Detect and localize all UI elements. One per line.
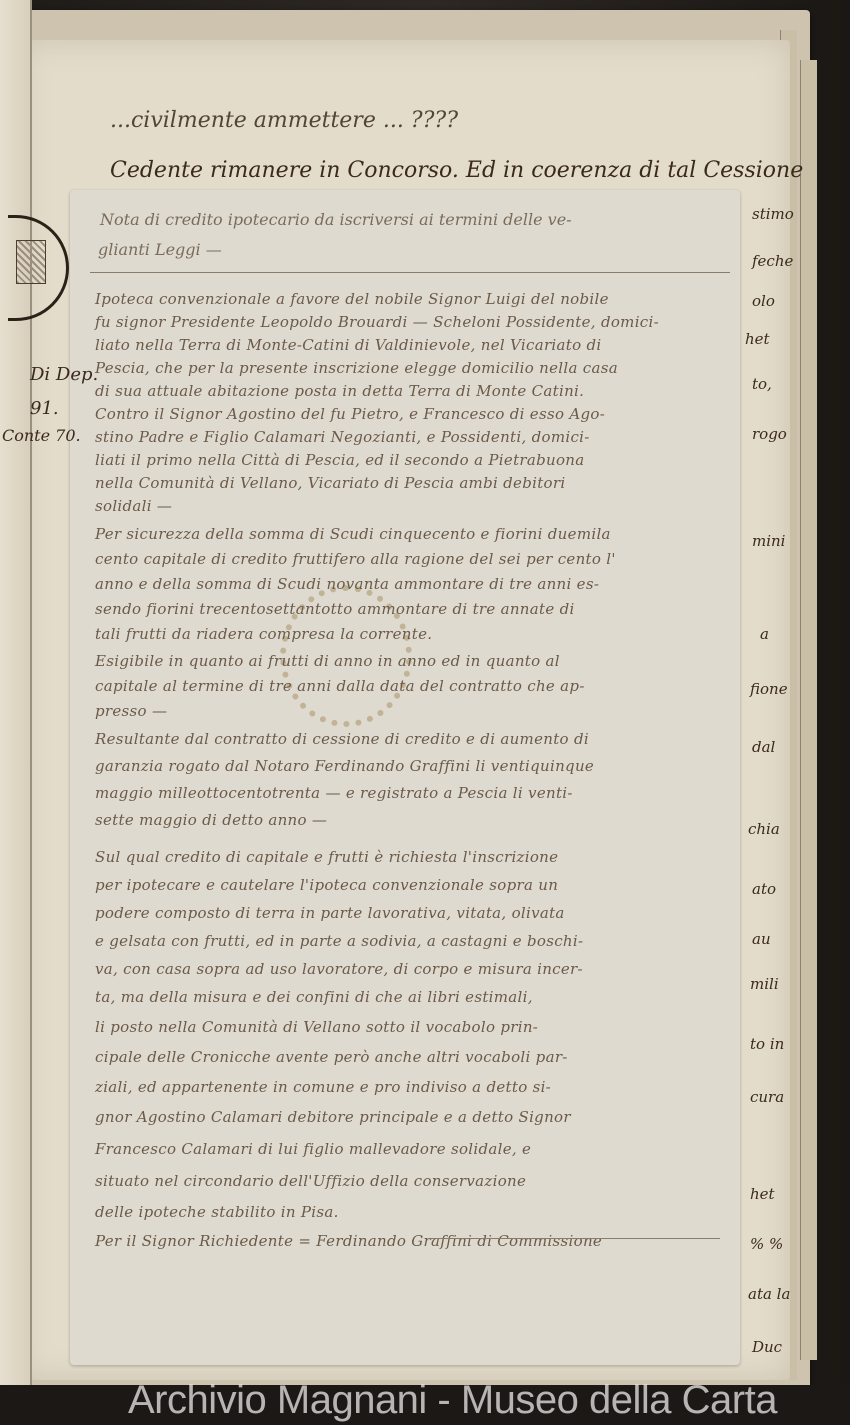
margin-fragment: fione	[750, 680, 788, 698]
body-line: Ipoteca convenzionale a favore del nobil…	[95, 290, 609, 308]
margin-fragment: mili	[750, 975, 779, 993]
body-line: sette maggio di detto anno —	[95, 811, 327, 829]
body-line: di sua attuale abitazione posta in detta…	[95, 382, 584, 400]
body-line: Esigibile in quanto ai frutti di anno in…	[95, 652, 560, 670]
body-line: cipale delle Cronicche avente però anche…	[95, 1048, 568, 1066]
body-line: anno e della somma di Scudi novanta ammo…	[95, 575, 599, 593]
body-line: situato nel circondario dell'Uffizio del…	[95, 1172, 526, 1190]
margin-fragment: ato	[752, 880, 776, 898]
margin-fragment: Duc	[752, 1338, 782, 1356]
margin-note: Conte 70.	[2, 426, 81, 445]
body-line: tali frutti da riadera compresa la corre…	[95, 625, 432, 643]
body-line: liato nella Terra di Monte-Catini di Val…	[95, 336, 602, 354]
margin-fragment: olo	[752, 292, 775, 310]
divider-rule	[90, 272, 730, 273]
body-line: Pescia, che per la presente inscrizione …	[95, 359, 618, 377]
page-edge	[800, 60, 817, 1360]
body-line: presso —	[95, 702, 167, 720]
body-line: podere composto di terra in parte lavora…	[95, 904, 565, 922]
body-line: fu signor Presidente Leopoldo Brouardi —…	[95, 313, 659, 331]
body-line: capitale al termine di tre anni dalla da…	[95, 677, 585, 695]
body-line: maggio milleottocentotrenta — e registra…	[95, 784, 573, 802]
body-line: ziali, ed appartenente in comune e pro i…	[95, 1078, 551, 1096]
body-line: Francesco Calamari di lui figlio malleva…	[95, 1140, 531, 1158]
body-line: Sul qual credito di capitale e frutti è …	[95, 848, 558, 866]
body-line: Per sicurezza della somma di Scudi cinqu…	[95, 525, 611, 543]
body-line: li posto nella Comunità di Vellano sotto…	[95, 1018, 538, 1036]
margin-fragment: ata la	[748, 1285, 790, 1303]
margin-fragment: mini	[752, 532, 785, 550]
margin-fragment: stimo	[752, 205, 794, 223]
margin-fragment: to in	[750, 1035, 784, 1053]
body-line: liati il primo nella Città di Pescia, ed…	[95, 451, 585, 469]
body-line: nella Comunità di Vellano, Vicariato di …	[95, 474, 565, 492]
margin-fragment: dal	[752, 738, 775, 756]
stamp-emblem-icon	[16, 240, 46, 284]
body-line: delle ipoteche stabilito in Pisa.	[95, 1203, 339, 1221]
margin-fragment: cura	[750, 1088, 784, 1106]
body-line: gnor Agostino Calamari debitore principa…	[95, 1108, 571, 1126]
body-line: per ipotecare e cautelare l'ipoteca conv…	[95, 876, 558, 894]
margin-note: Di Dep.	[30, 364, 98, 385]
margin-fragment: het	[745, 330, 770, 348]
body-line: cento capitale di credito fruttifero all…	[95, 550, 616, 568]
note-heading-line: glianti Leggi —	[98, 240, 222, 259]
body-line: garanzia rogato dal Notaro Ferdinando Gr…	[95, 757, 594, 775]
margin-fragment: het	[750, 1185, 775, 1203]
margin-note: 91.	[30, 398, 59, 419]
body-line: sendo fiorini trecentosettantotto ammont…	[95, 600, 575, 618]
header-line: Cedente rimanere in Concorso. Ed in coer…	[110, 158, 803, 183]
body-line: Contro il Signor Agostino del fu Pietro,…	[95, 405, 605, 423]
margin-fragment: a	[760, 625, 769, 643]
margin-fragment: % %	[750, 1235, 783, 1253]
body-line: Per il Signor Richiedente = Ferdinando G…	[95, 1232, 602, 1250]
note-heading-line: Nota di credito ipotecario da iscriversi…	[100, 210, 572, 229]
body-line: stino Padre e Figlio Calamari Negozianti…	[95, 428, 590, 446]
body-line: e gelsata con frutti, ed in parte a sodi…	[95, 932, 583, 950]
margin-fragment: feche	[752, 252, 793, 270]
archive-watermark: Archivio Magnani - Museo della Carta	[128, 1378, 777, 1423]
body-line: Resultante dal contratto di cessione di …	[95, 730, 589, 748]
divider-rule	[430, 1238, 720, 1239]
margin-fragment: rogo	[752, 425, 787, 443]
margin-fragment: chia	[748, 820, 780, 838]
top-fragment-line: ...civilmente ammettere ... ????	[110, 108, 458, 133]
left-facing-page	[0, 0, 32, 1425]
body-line: solidali —	[95, 497, 172, 515]
body-line: ta, ma della misura e dei confini di che…	[95, 988, 533, 1006]
body-line: va, con casa sopra ad uso lavoratore, di…	[95, 960, 583, 978]
margin-fragment: to,	[752, 375, 772, 393]
margin-fragment: au	[752, 930, 771, 948]
